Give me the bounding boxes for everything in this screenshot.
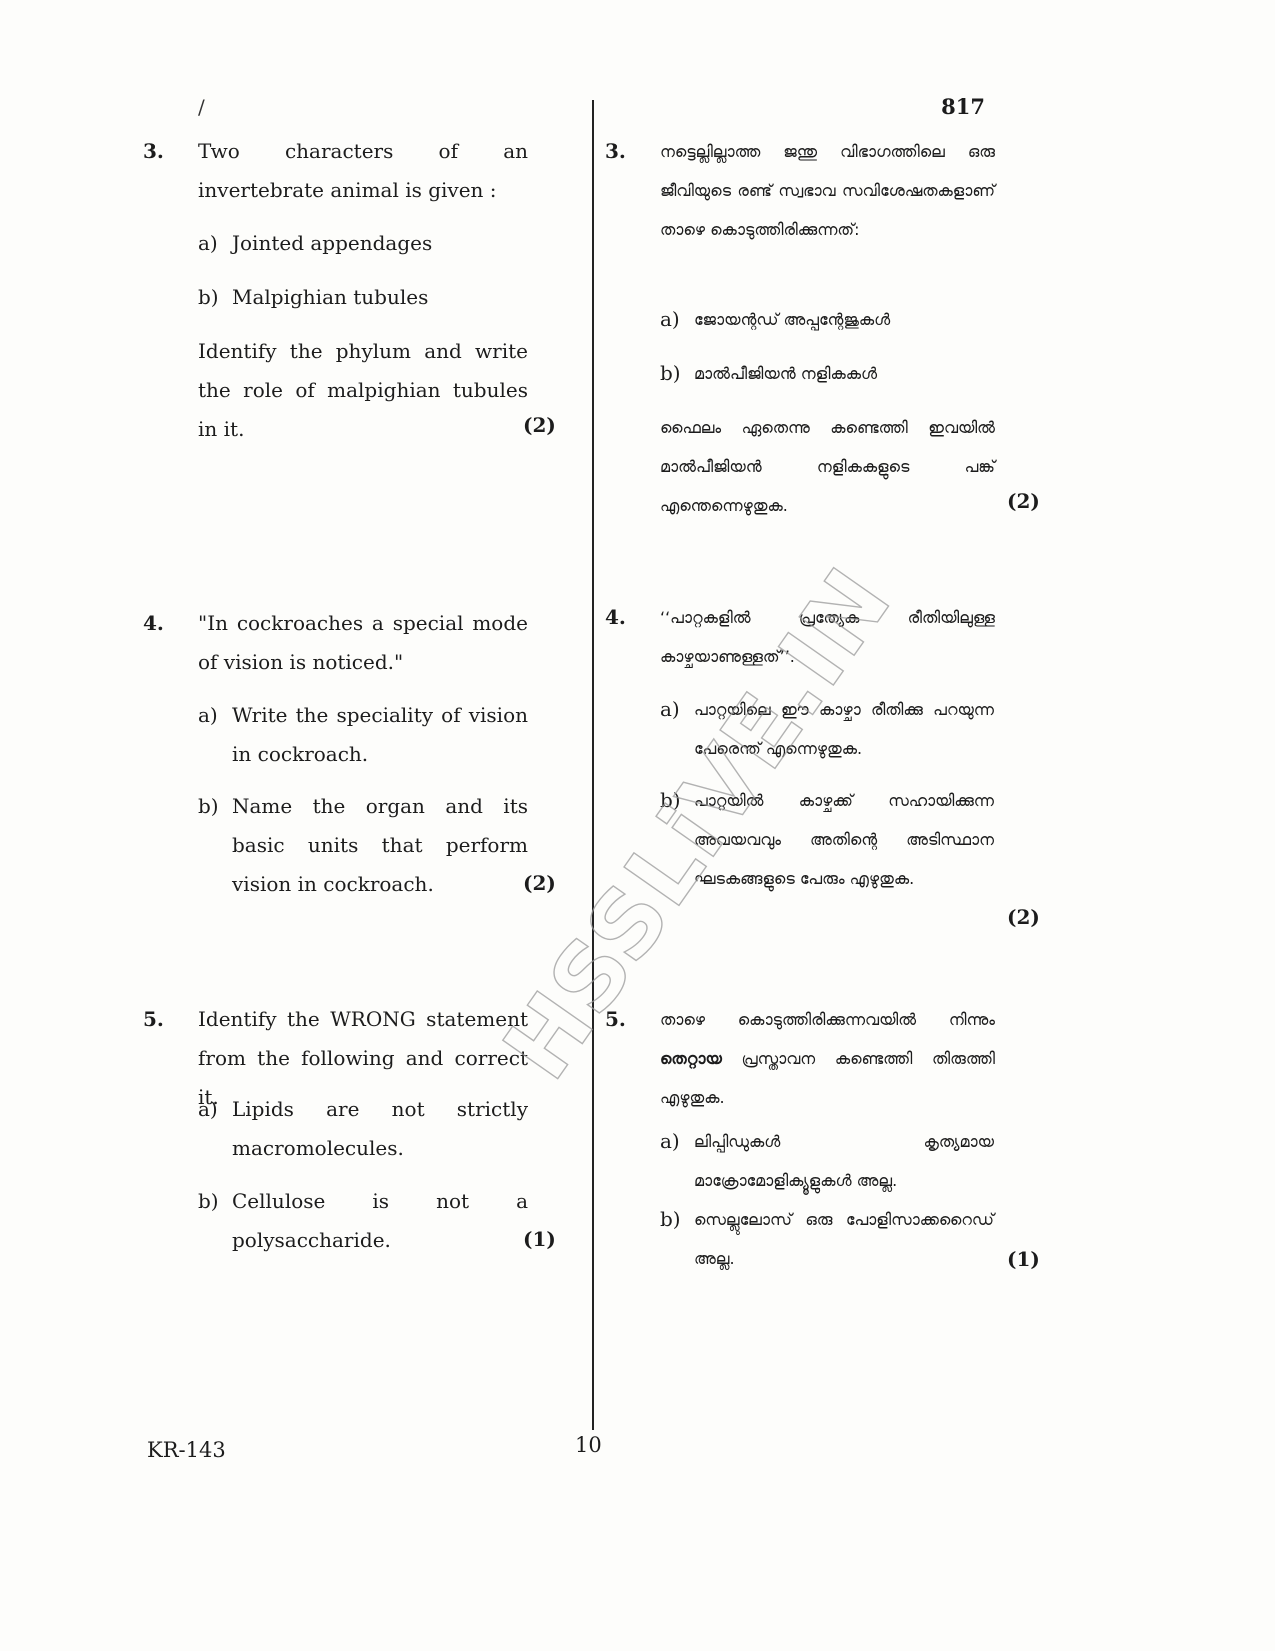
question-stem: താഴെ കൊടുത്തിരിക്കുന്നവയിൽ നിന്നും തെറ്റ… — [660, 1000, 995, 1117]
option-text: Jointed appendages — [232, 224, 528, 263]
page-number: 10 — [575, 1433, 602, 1457]
question-stem: Two characters of an invertebrate animal… — [198, 132, 528, 210]
option-text: Malpighian tubules — [232, 278, 528, 317]
question-number: 4. — [143, 604, 164, 643]
question-instruction: Identify the phylum and write the role o… — [198, 332, 528, 449]
option-label: a) — [198, 1090, 218, 1129]
stem-emphasis: തെറ്റായ — [660, 1049, 722, 1068]
marks-badge: (1) — [1007, 1240, 1040, 1279]
marks-badge: (1) — [523, 1220, 556, 1259]
option-label: a) — [198, 696, 218, 735]
stray-mark: / — [198, 95, 205, 119]
option-label: b) — [660, 354, 681, 393]
question-number: 3. — [143, 132, 164, 171]
marks-badge: (2) — [1007, 482, 1040, 521]
column-divider — [592, 100, 594, 1430]
stem-text: താഴെ കൊടുത്തിരിക്കുന്നവയിൽ നിന്നും — [660, 1010, 995, 1029]
option-text: സെല്ലുലോസ് ഒരു പോളിസാക്കറൈഡ് അല്ല. — [694, 1200, 994, 1278]
option-label: b) — [198, 1182, 219, 1221]
marks-badge: (2) — [1007, 898, 1040, 937]
option-label: a) — [660, 690, 680, 729]
question-instruction: ഫൈലം ഏതെന്നു കണ്ടെത്തി ഇവയിൽ മാൽപീജിയൻ ന… — [660, 408, 995, 525]
question-stem: നട്ടെല്ലില്ലാത്ത ജന്തു വിഭാഗത്തിലെ ഒരു ജ… — [660, 132, 995, 249]
marks-badge: (2) — [523, 406, 556, 445]
paper-code: KR-143 — [147, 1438, 226, 1462]
option-label: a) — [660, 1122, 680, 1161]
option-text: Cellulose is not a polysaccharide. — [232, 1182, 528, 1260]
page-code: 817 — [941, 94, 985, 119]
option-text: ജോയന്റഡ് അപ്പന്റേജുകൾ — [694, 300, 994, 339]
option-text: മാൽപീജിയൻ നളികകൾ — [694, 354, 994, 393]
question-number: 3. — [605, 132, 626, 171]
option-text: ലിപ്പിഡുകൾ കൃത്യമായ മാക്രോമോളിക്യൂളുകൾ അ… — [694, 1122, 994, 1200]
question-stem: "In cockroaches a special mode of vision… — [198, 604, 528, 682]
option-label: b) — [198, 278, 219, 317]
option-label: a) — [198, 224, 218, 263]
option-text: Write the speciality of vision in cockro… — [232, 696, 528, 774]
option-label: a) — [660, 300, 680, 339]
option-text: Lipids are not strictly macromolecules. — [232, 1090, 528, 1168]
option-text: Name the organ and its basic units that … — [232, 787, 528, 904]
marks-badge: (2) — [523, 864, 556, 903]
option-label: b) — [660, 1200, 681, 1239]
question-number: 5. — [143, 1000, 164, 1039]
option-label: b) — [198, 787, 219, 826]
question-number: 4. — [605, 598, 626, 637]
